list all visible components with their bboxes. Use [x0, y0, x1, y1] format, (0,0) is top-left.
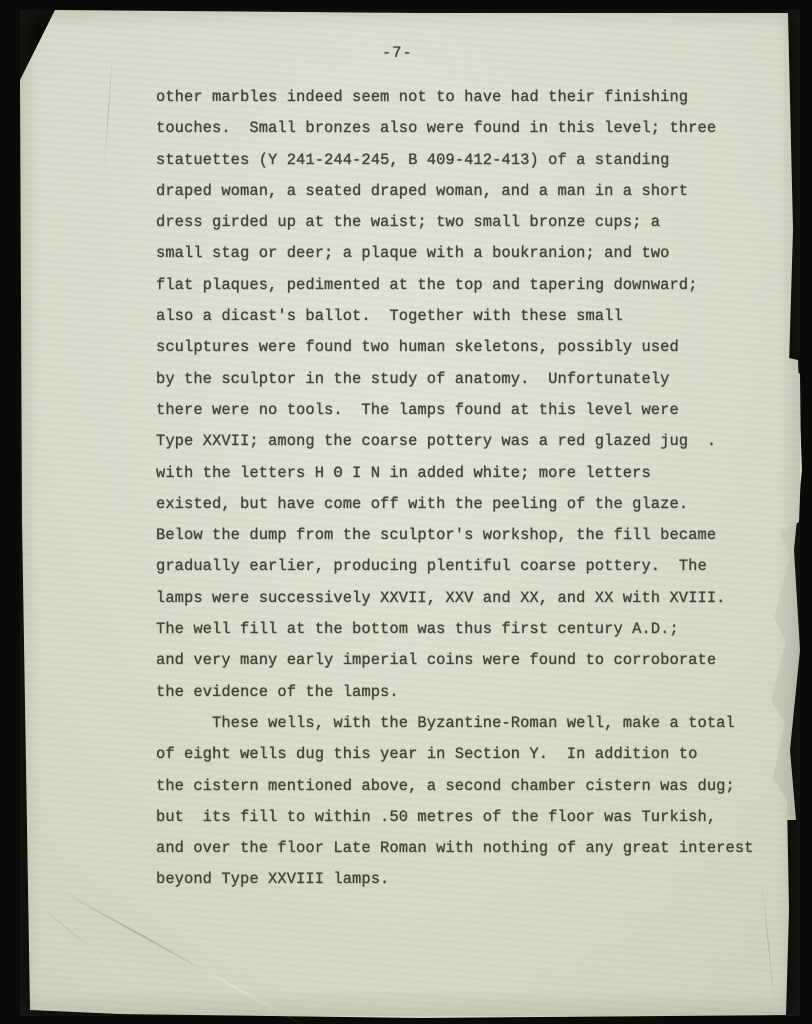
text-line: sculptures were found two human skeleton…	[156, 332, 756, 363]
text-line: Below the dump from the sculptor's works…	[156, 520, 756, 551]
text-line: The well fill at the bottom was thus fir…	[156, 614, 756, 645]
text-line: also a dicast's ballot. Together with th…	[156, 301, 756, 332]
text-line: other marbles indeed seem not to have ha…	[156, 82, 756, 113]
scan-background: -7- other marbles indeed seem not to hav…	[0, 0, 812, 1024]
text-line: beyond Type XXVIII lamps.	[156, 864, 756, 895]
text-line: existed, but have come off with the peel…	[156, 489, 756, 520]
text-line: with the letters H Θ I N in added white;…	[156, 458, 756, 489]
page-number: -7-	[382, 44, 413, 62]
text-line: but its fill to within .50 metres of the…	[156, 802, 756, 833]
text-line: small stag or deer; a plaque with a bouk…	[156, 238, 756, 269]
text-line: of eight wells dug this year in Section …	[156, 739, 756, 770]
text-line: by the sculptor in the study of anatomy.…	[156, 364, 756, 395]
document-text: other marbles indeed seem not to have ha…	[156, 82, 756, 896]
text-line: flat plaques, pedimented at the top and …	[156, 270, 756, 301]
text-line: there were no tools. The lamps found at …	[156, 395, 756, 426]
text-line: gradually earlier, producing plentiful c…	[156, 551, 756, 582]
text-line: These wells, with the Byzantine-Roman we…	[156, 708, 756, 739]
text-line: Type XXVII; among the coarse pottery was…	[156, 426, 756, 457]
text-line: lamps were successively XXVII, XXV and X…	[156, 583, 756, 614]
text-line: the evidence of the lamps.	[156, 677, 756, 708]
text-line: touches. Small bronzes also were found i…	[156, 113, 756, 144]
document-page: -7- other marbles indeed seem not to hav…	[0, 0, 812, 1024]
text-line: statuettes (Y 241-244-245, B 409-412-413…	[156, 145, 756, 176]
text-line: the cistern mentioned above, a second ch…	[156, 771, 756, 802]
text-line: and very many early imperial coins were …	[156, 645, 756, 676]
text-line: draped woman, a seated draped woman, and…	[156, 176, 756, 207]
text-line: dress girded up at the waist; two small …	[156, 207, 756, 238]
text-line: and over the floor Late Roman with nothi…	[156, 833, 756, 864]
